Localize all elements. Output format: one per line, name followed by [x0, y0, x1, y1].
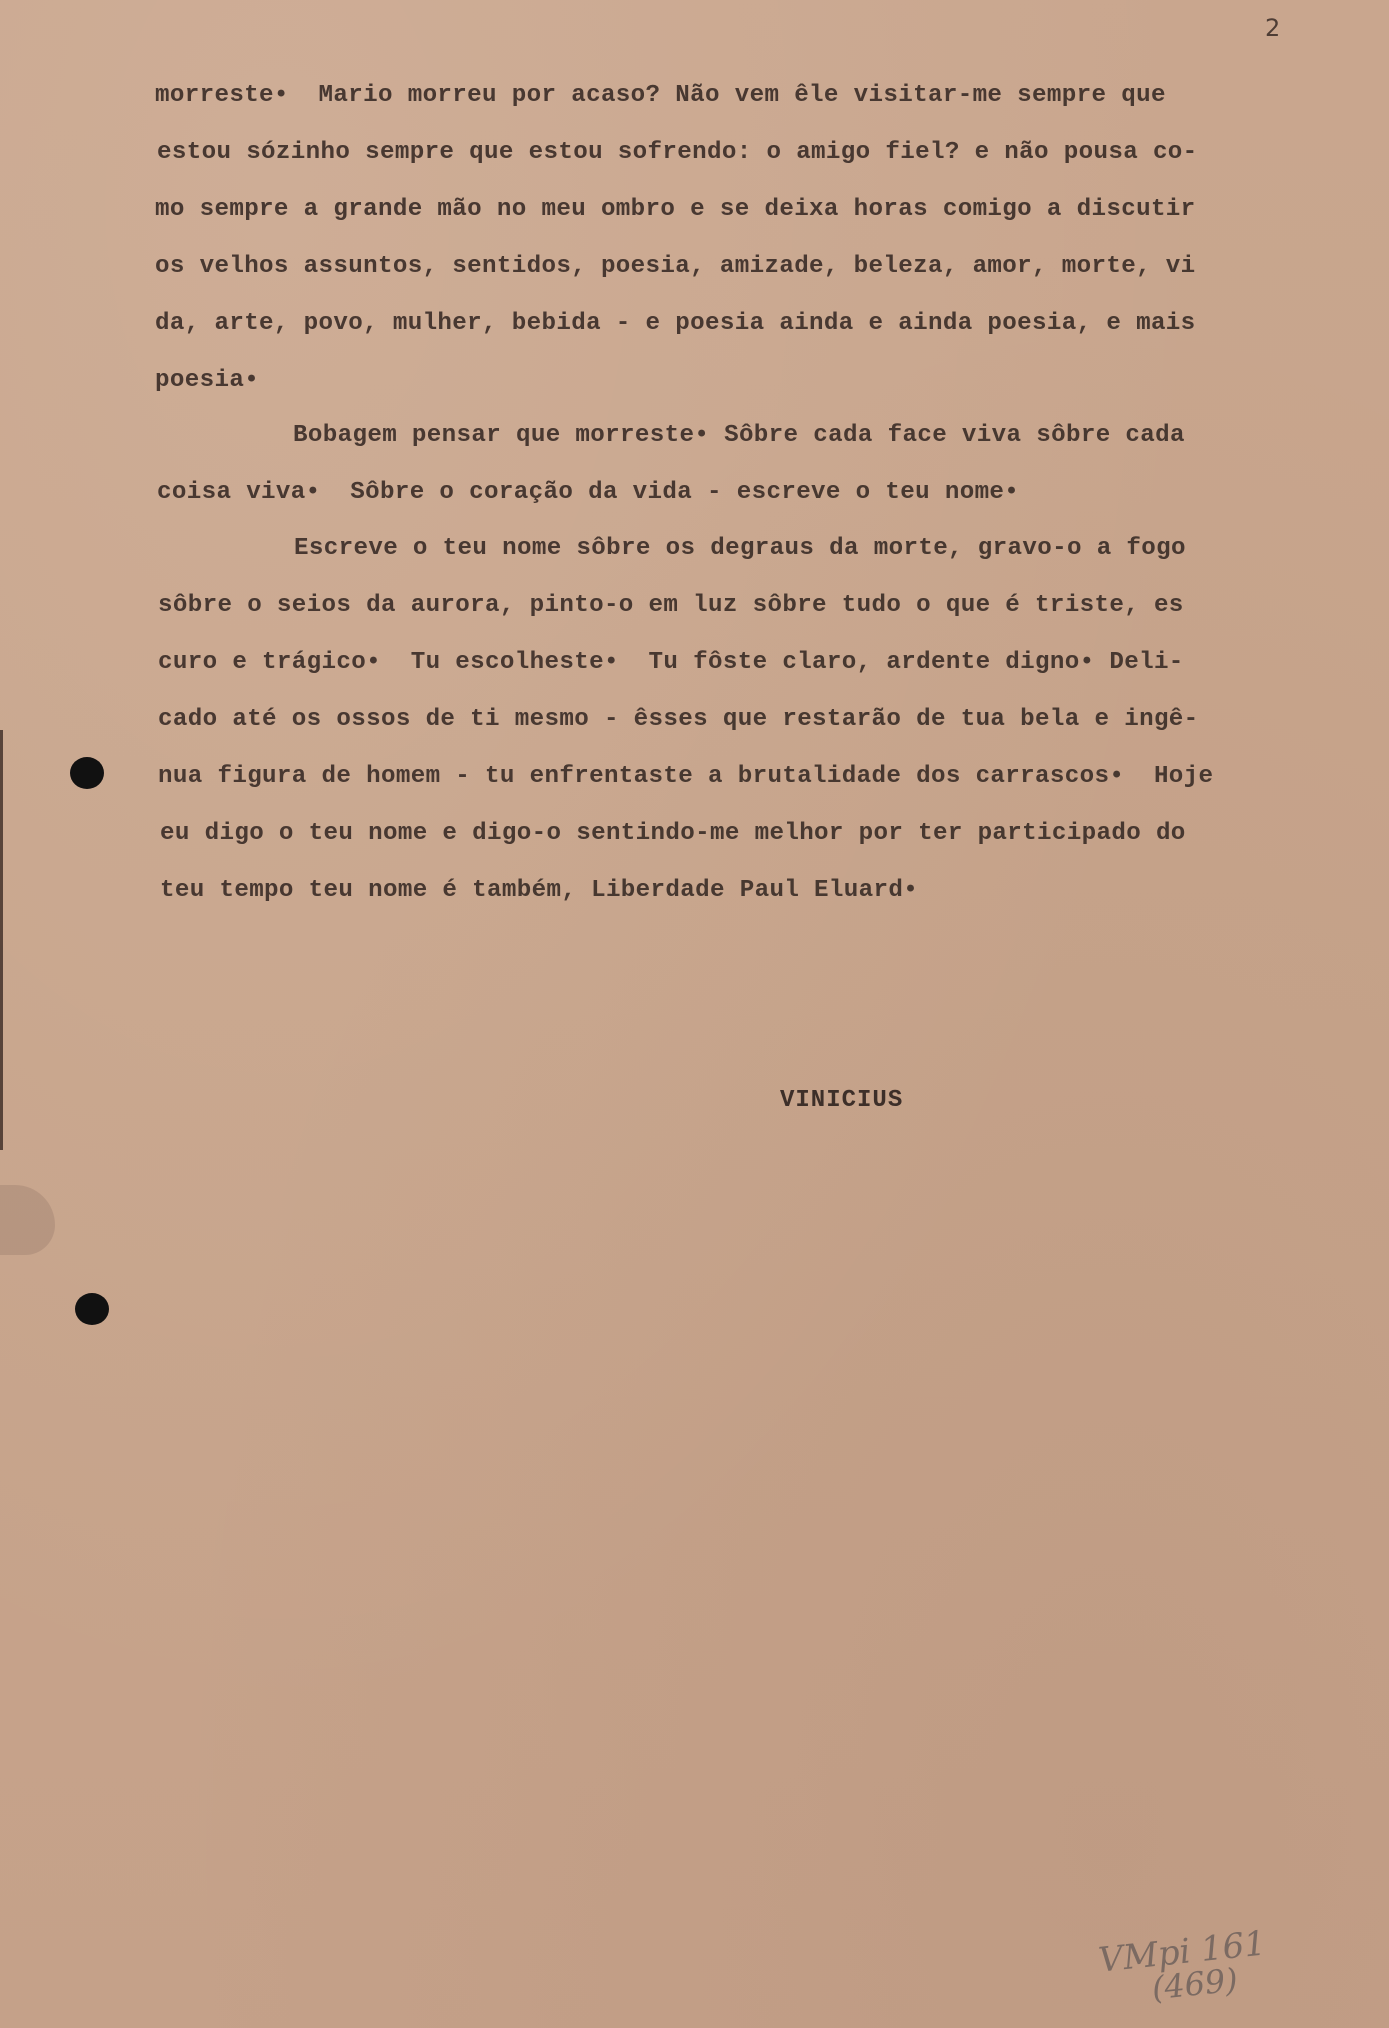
signature: VINICIUS [780, 1087, 903, 1114]
handwritten-archive-note: VMpi 161 (469) [1097, 1926, 1271, 2009]
archive-number: (469) [1150, 1960, 1270, 2004]
text-line: morreste• Mario morreu por acaso? Não ve… [155, 82, 1166, 109]
punch-hole-icon [70, 757, 104, 789]
typewritten-page: 2 morreste• Mario morreu por acaso? Não … [0, 0, 1389, 2028]
text-line: os velhos assuntos, sentidos, poesia, am… [155, 253, 1196, 280]
paper-edge-shadow [0, 730, 3, 1150]
text-line: eu digo o teu nome e digo-o sentindo-me … [160, 820, 1186, 847]
page-number: 2 [1265, 14, 1280, 42]
text-line: mo sempre a grande mão no meu ombro e se… [155, 196, 1196, 223]
paragraph-start-line: Escreve o teu nome sôbre os degraus da m… [294, 535, 1186, 562]
text-line: cado até os ossos de ti mesmo - êsses qu… [158, 706, 1199, 733]
text-line: sôbre o seios da aurora, pinto-o em luz … [158, 592, 1184, 619]
paper-stain [0, 1185, 55, 1255]
text-line: estou sózinho sempre que estou sofrendo:… [157, 139, 1198, 166]
punch-hole-icon [75, 1293, 109, 1325]
text-line: teu tempo teu nome é também, Liberdade P… [160, 877, 918, 904]
text-line: poesia• [155, 367, 259, 394]
text-line: curo e trágico• Tu escolheste• Tu fôste … [158, 649, 1184, 676]
text-line: nua figura de homem - tu enfrentaste a b… [158, 763, 1213, 790]
paragraph-start-line: Bobagem pensar que morreste• Sôbre cada … [293, 422, 1185, 449]
text-line: da, arte, povo, mulher, bebida - e poesi… [155, 310, 1196, 337]
text-line: coisa viva• Sôbre o coração da vida - es… [157, 479, 1019, 506]
